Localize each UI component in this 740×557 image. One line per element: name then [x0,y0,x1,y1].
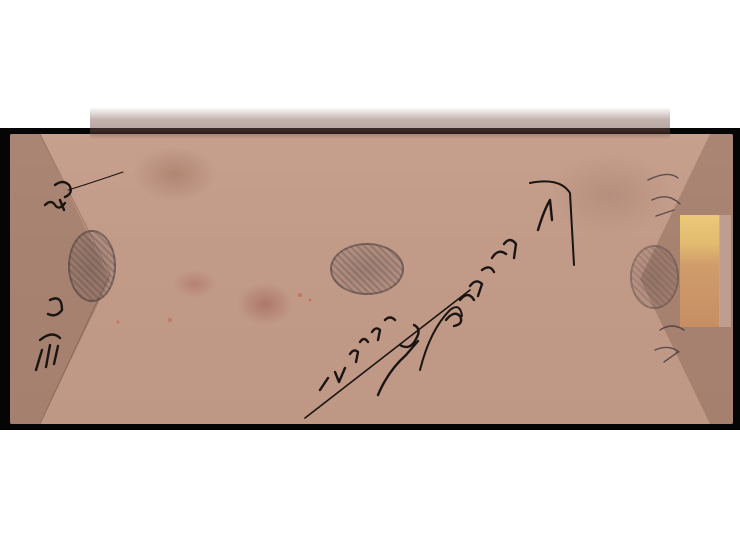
yellow-tape [680,215,720,327]
stain-band [90,107,670,139]
right-seal [630,245,679,309]
left-seal [68,230,116,302]
tape-edge [719,215,731,327]
center-seal [330,243,404,295]
